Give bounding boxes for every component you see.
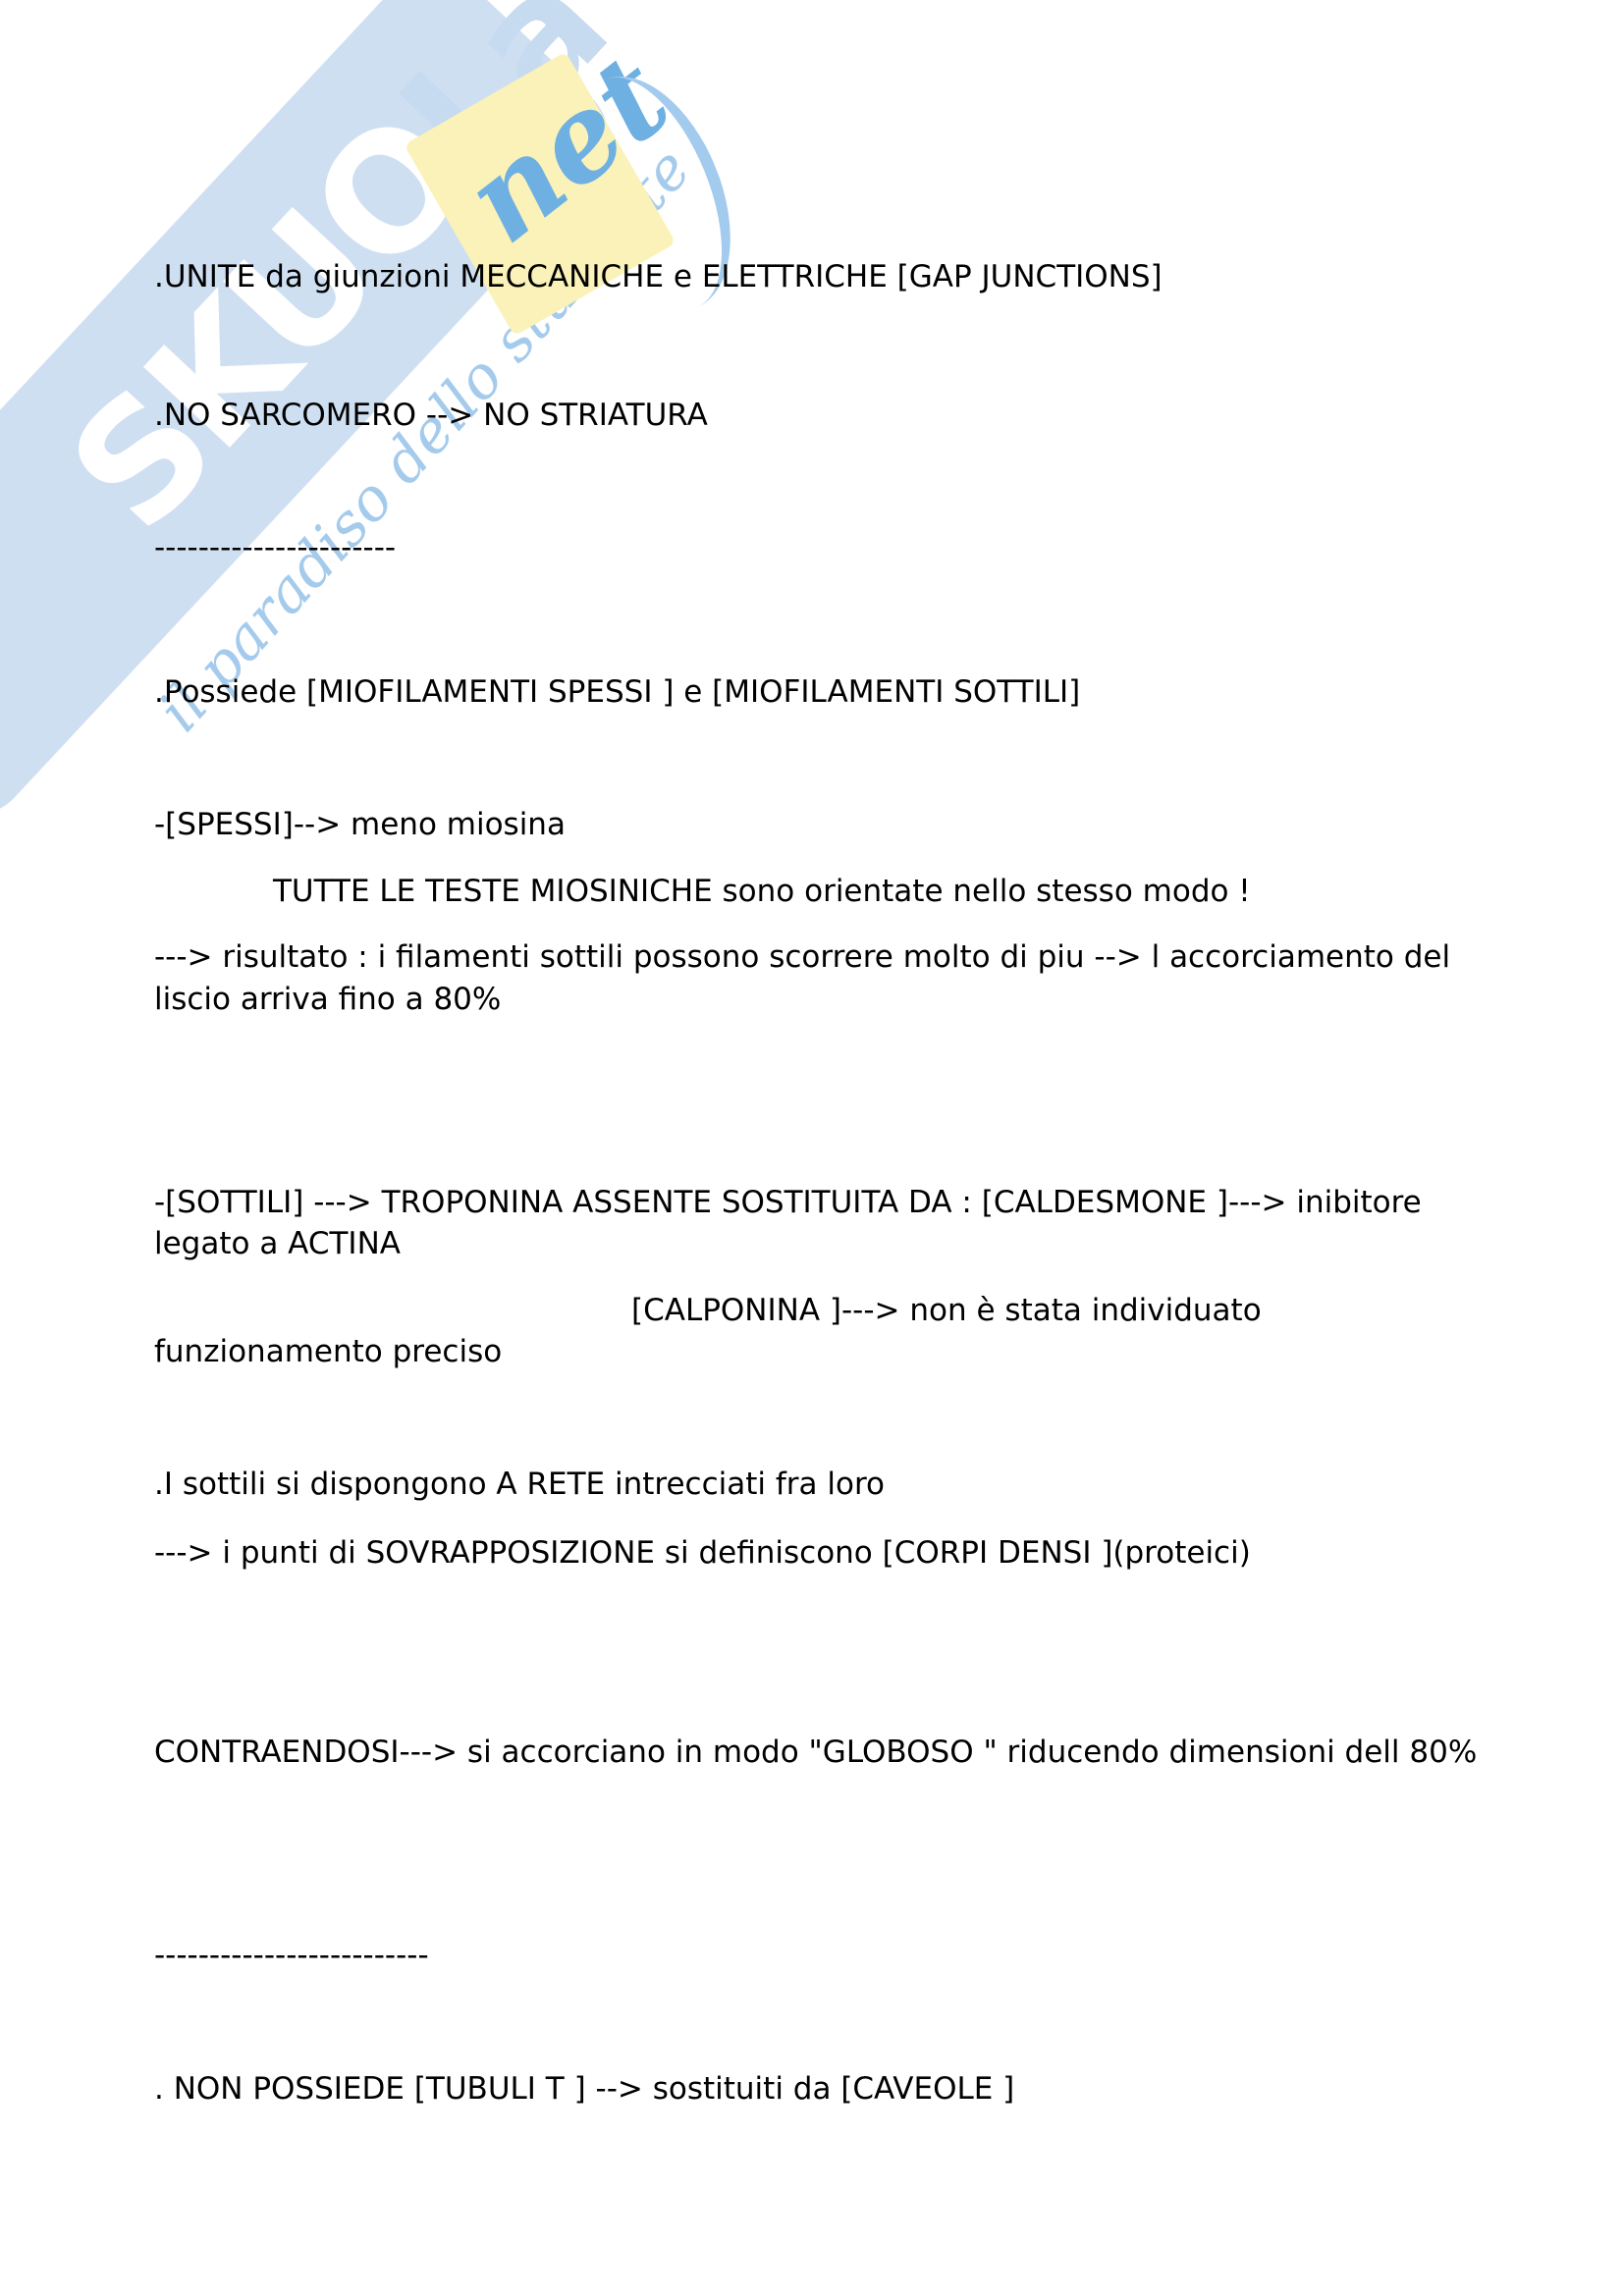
text-line-unite-giunzioni: .UNITE da giunzioni MECCANICHE e ELETTRI… bbox=[154, 257, 1163, 298]
text-line-divider-dashes-1: ---------------------- bbox=[154, 528, 396, 569]
text-line-contraendosi: CONTRAENDOSI---> si accorciano in modo "… bbox=[154, 1733, 1477, 1774]
text-line-calponina: [CALPONINA ]---> non è stata individuato bbox=[631, 1291, 1262, 1332]
text-line-no-sarcomero: .NO SARCOMERO --> NO STRIATURA bbox=[154, 396, 708, 437]
skuola-watermark-net-script: net bbox=[446, 36, 687, 261]
text-line-sottili-troponina: -[SOTTILI] ---> TROPONINA ASSENTE SOSTIT… bbox=[154, 1183, 1422, 1224]
text-line-liscio-arriva: liscio arriva fino a 80% bbox=[154, 980, 501, 1021]
skuola-brand-on-tile: SKUO bbox=[44, 91, 494, 557]
text-line-risultato-filamenti: ---> risultato : i filamenti sottili pos… bbox=[154, 937, 1450, 979]
skuola-watermark-tagline: il paradiso dello studente bbox=[145, 135, 704, 745]
text-line-possiede-miofilamenti: .Possiede [MIOFILAMENTI SPESSI ] e [MIOF… bbox=[154, 672, 1080, 714]
text-line-sottili-a-rete: .I sottili si dispongono A RETE intrecci… bbox=[154, 1465, 885, 1506]
text-line-divider-dashes-2: ------------------------- bbox=[154, 1936, 429, 1977]
skuola-brand-off-tile: La bbox=[375, 0, 630, 201]
text-line-punti-sovrapposizione: ---> i punti di SOVRAPPOSIZIONE si defin… bbox=[154, 1533, 1251, 1575]
text-line-legato-actina: legato a ACTINA bbox=[154, 1224, 401, 1265]
document-page: SKUOLa il paradiso dello studente net .U… bbox=[0, 0, 1623, 2296]
text-line-tutte-le-teste: TUTTE LE TESTE MIOSINICHE sono orientate… bbox=[273, 872, 1251, 913]
text-line-funzionamento: funzionamento preciso bbox=[154, 1332, 502, 1373]
text-line-non-possiede-tubuli: . NON POSSIEDE [TUBULI T ] --> sostituit… bbox=[154, 2069, 1014, 2110]
text-line-spessi-meno-miosina: -[SPESSI]--> meno miosina bbox=[154, 805, 566, 846]
